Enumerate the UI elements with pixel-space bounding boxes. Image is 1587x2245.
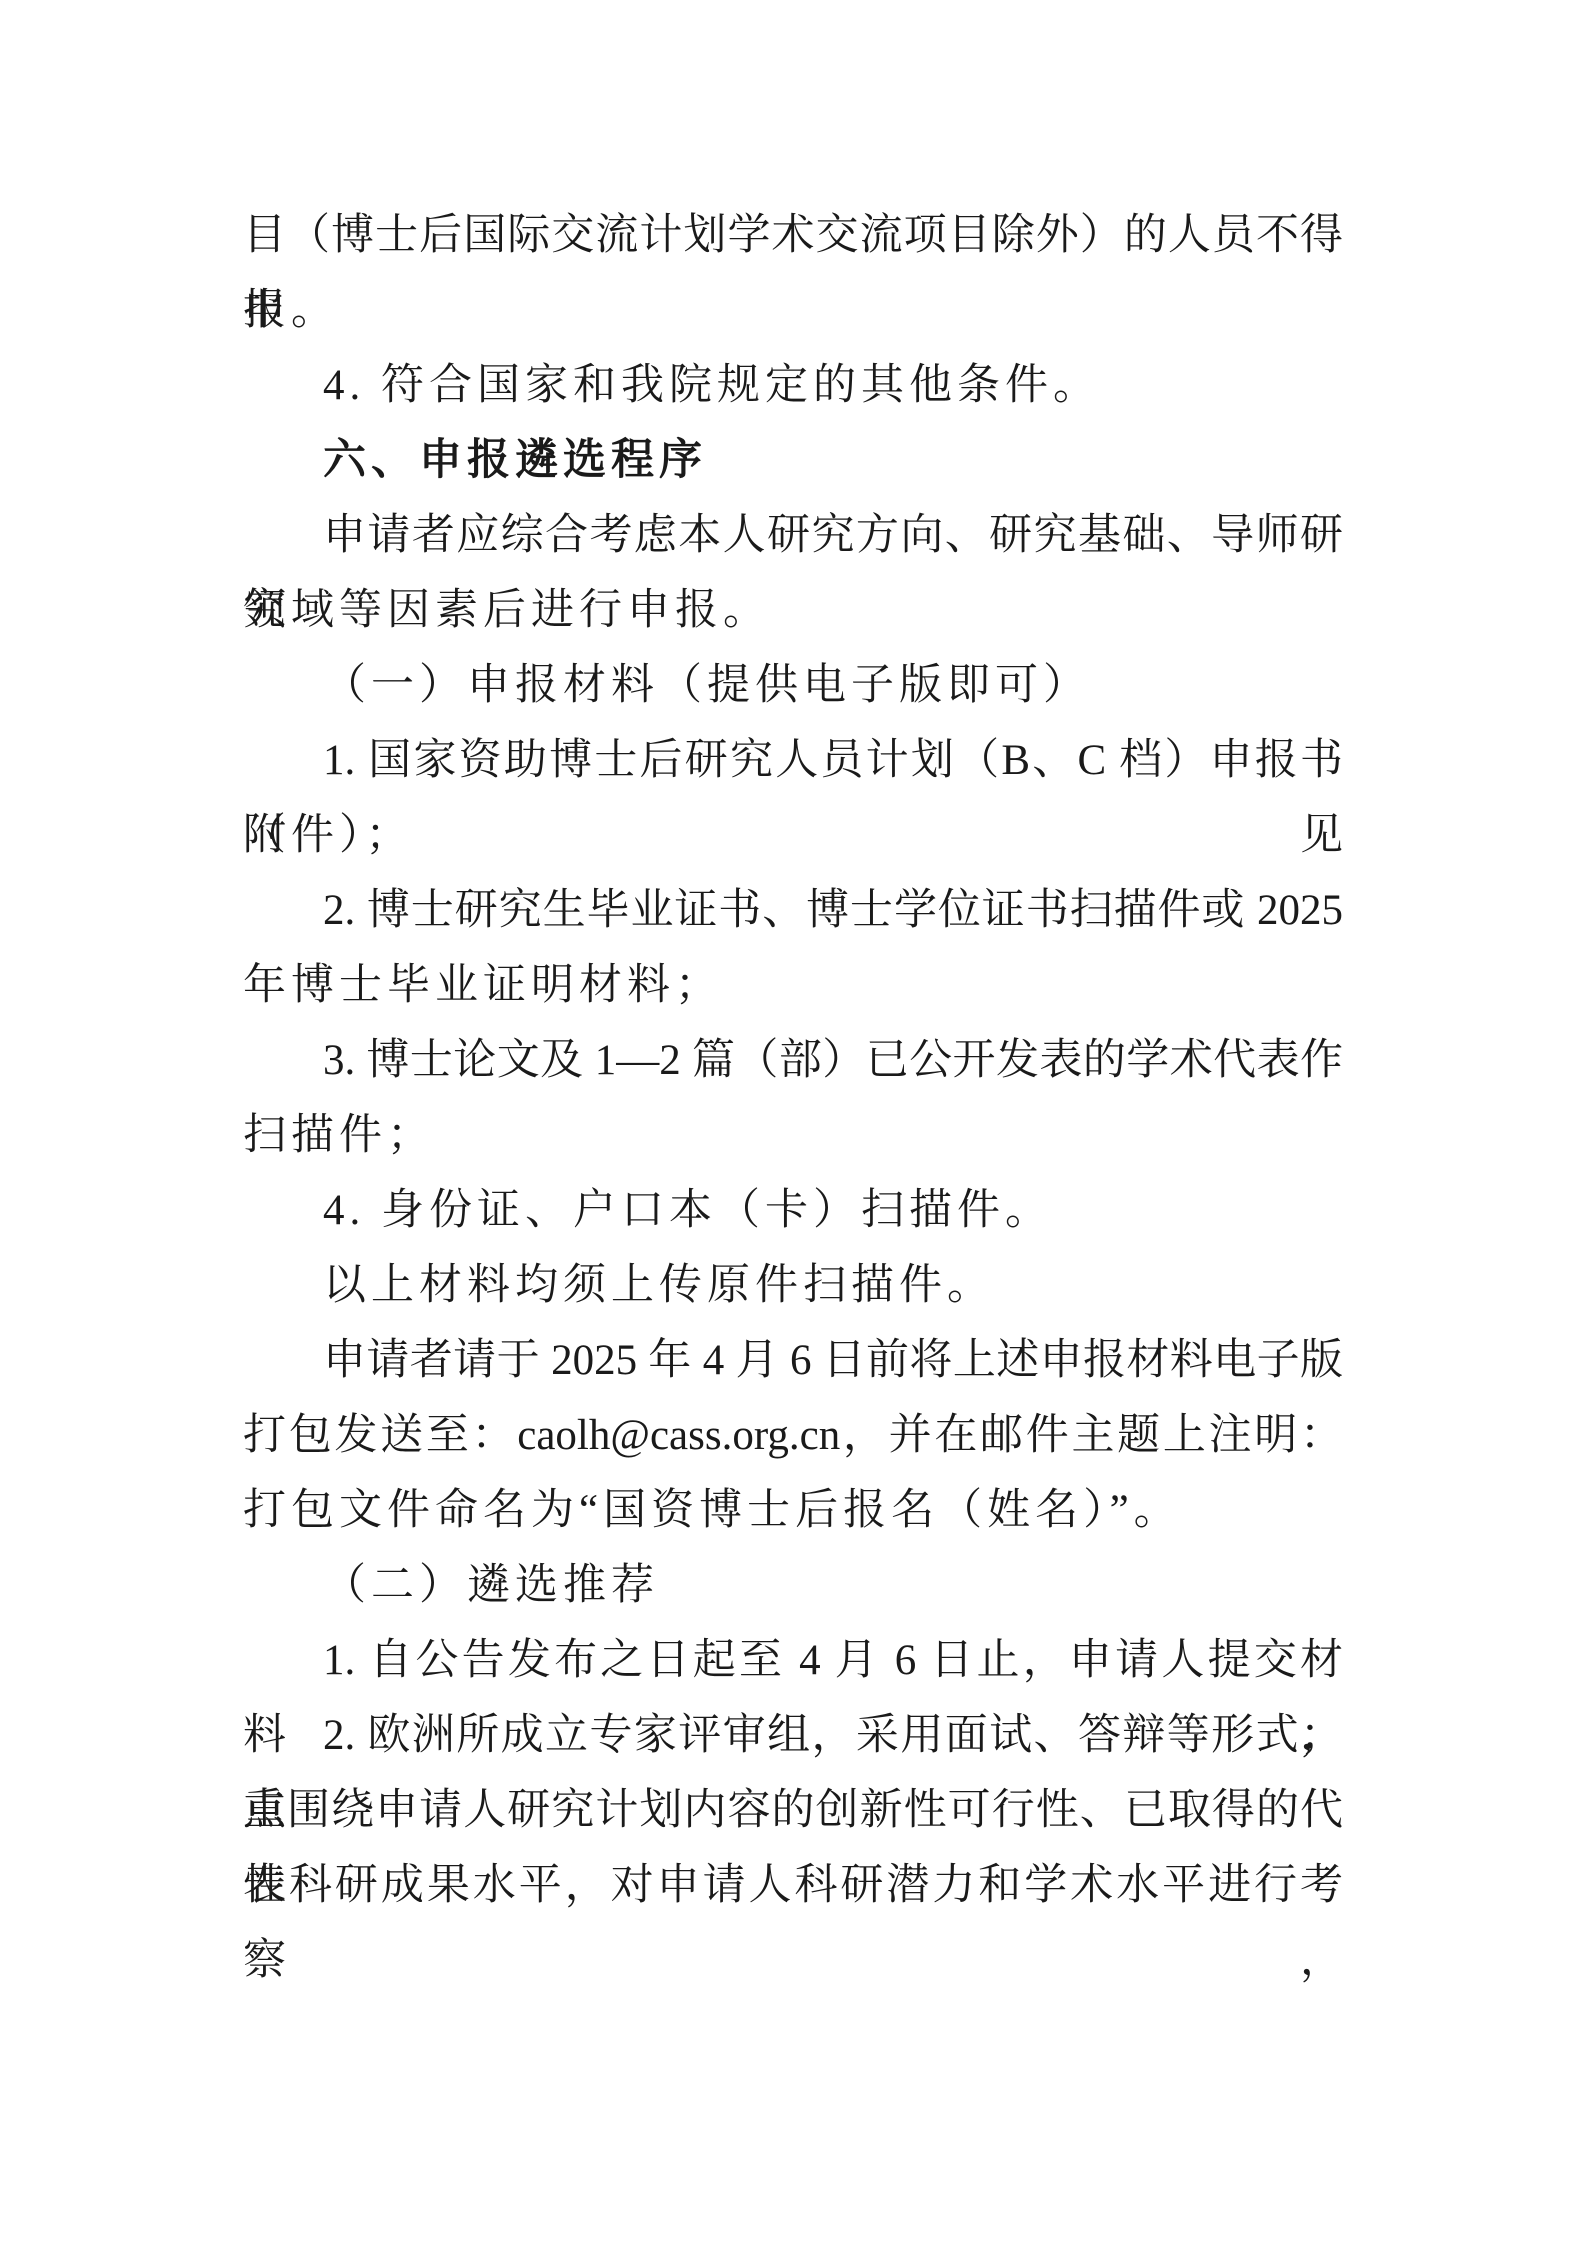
document-page: 目（博士后国际交流计划学术交流项目除外）的人员不得申 报。 4. 符合国家和我院…: [0, 0, 1587, 2245]
list-item: 3. 博士论文及 1—2 篇（部）已公开发表的学术代表作: [243, 1023, 1343, 1098]
text-line: 申请者请于 2025 年 4 月 6 日前将上述申报材料电子版: [243, 1323, 1343, 1398]
section-heading: 六、申报遴选程序: [243, 423, 1343, 498]
subsection-heading: （二）遴选推荐: [243, 1548, 1343, 1623]
list-item: 1. 国家资助博士后研究人员计划（B、C 档）申报书（见: [243, 723, 1343, 798]
subsection-heading: （一）申报材料（提供电子版即可）: [243, 648, 1343, 723]
list-item: 1. 自公告发布之日起至 4 月 6 日止，申请人提交材料；: [243, 1623, 1343, 1698]
list-item: 4. 符合国家和我院规定的其他条件。: [243, 348, 1343, 423]
text-line: 点围绕申请人研究计划内容的创新性可行性、已取得的代表: [243, 1773, 1343, 1848]
list-item: 2. 欧洲所成立专家评审组，采用面试、答辩等形式，重: [243, 1698, 1343, 1773]
list-item: 2. 博士研究生毕业证书、博士学位证书扫描件或 2025: [243, 873, 1343, 948]
text-line-with-email: 打包发送至：caolh@cass.org.cn，并在邮件主题上注明：: [243, 1398, 1343, 1473]
text-line: 性科研成果水平，对申请人科研潜力和学术水平进行考察，: [243, 1848, 1343, 1923]
text-line: 报。: [243, 273, 1343, 348]
list-item: 4. 身份证、户口本（卡）扫描件。: [243, 1173, 1343, 1248]
text-line: 扫描件；: [243, 1098, 1343, 1173]
text-line: 以上材料均须上传原件扫描件。: [243, 1248, 1343, 1323]
text-line: 目（博士后国际交流计划学术交流项目除外）的人员不得申: [243, 198, 1343, 273]
text-line: 申请者应综合考虑本人研究方向、研究基础、导师研究: [243, 498, 1343, 573]
text-line: 打包文件命名为“国资博士后报名（姓名）”。: [243, 1473, 1343, 1548]
text-line: 领域等因素后进行申报。: [243, 573, 1343, 648]
text-body: 目（博士后国际交流计划学术交流项目除外）的人员不得申 报。 4. 符合国家和我院…: [243, 198, 1343, 1923]
text-line: 年博士毕业证明材料；: [243, 948, 1343, 1023]
